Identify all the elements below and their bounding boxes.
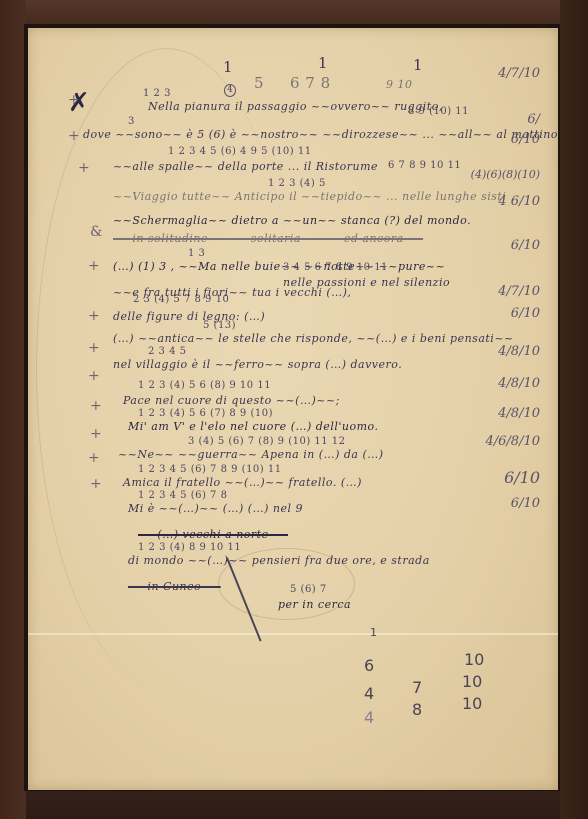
syllable-counts: 1 2 3 xyxy=(143,88,171,99)
metric-annotation: 4/6/8/10 xyxy=(450,434,540,449)
bottom-number-row1-a: 6 xyxy=(364,656,374,675)
syllable-counts: 1 2 3 (4) 5 6 (7) 8 9 (10) xyxy=(138,408,273,419)
manuscript-line: Nella pianura il passaggio ~~ovvero~~ ru… xyxy=(148,100,443,113)
metric-annotation: 4/8/10 xyxy=(450,376,540,391)
frame-left-rail xyxy=(0,0,26,819)
syllable-counts: 2 3 4 5 xyxy=(148,346,187,357)
metric-annotation: 4/7/10 xyxy=(450,66,540,81)
syllable-counts: 5 (13) xyxy=(203,320,236,331)
manuscript-line: Mi è ~~(…)~~ (…) (…) nel 9 xyxy=(128,502,303,515)
manuscript-line: Mi' am V' e l'elo nel cuore (…) dell'uom… xyxy=(128,420,378,433)
wooden-frame: 1 5 6 7 8 1 9 10 1 4 ✗ + + + & + + + + +… xyxy=(0,0,588,819)
syllable-counts: 1 2 3 (4) 8 9 10 11 xyxy=(138,542,241,553)
bottom-number-row1-c: 10 xyxy=(464,650,484,669)
metric-annotation: 6/10 xyxy=(450,132,540,147)
metric-annotation: 4/8/10 xyxy=(450,406,540,421)
metric-annotation: 6/10 xyxy=(450,468,540,487)
manuscript-line: ~~(…) vecchi a norte~~ xyxy=(138,528,288,541)
margin-plus-mark: + xyxy=(88,368,100,384)
syllable-counts: 3 xyxy=(128,116,135,127)
manuscript-line: Pace nel cuore di questo ~~(…)~~; xyxy=(123,394,340,407)
manuscript-line: ~~e fra tutti i fiori~~ tua i vecchi (…)… xyxy=(113,286,351,299)
syllable-counts: 1 2 3 4 5 (6) 4 9 5 (10) 11 xyxy=(168,146,312,157)
bottom-number-row3-b: 8 xyxy=(412,700,422,719)
margin-ampersand-mark: & xyxy=(90,224,102,240)
header-number: 1 xyxy=(318,54,328,72)
metric-annotation: 4/7/10 xyxy=(450,284,540,299)
bottom-number-row3-c: 10 xyxy=(462,694,482,713)
frame-bottom-rail xyxy=(0,791,588,819)
syllable-counts: 1 3 xyxy=(188,248,205,259)
header-number: 1 xyxy=(223,58,233,76)
frame-right-rail xyxy=(560,0,588,819)
bottom-single-mark: 1 xyxy=(370,626,377,639)
manuscript-paper: 1 5 6 7 8 1 9 10 1 4 ✗ + + + & + + + + +… xyxy=(28,28,558,790)
metric-annotation: 4/8/10 xyxy=(450,344,540,359)
manuscript-line: ~~Schermaglia~~ dietro a ~~un~~ stanca (… xyxy=(113,214,471,227)
manuscript-line: (…) (1) 3 , ~~Ma nelle buie~~ ~~notte~~ … xyxy=(113,260,445,273)
syllable-counts: 5 (6) 7 xyxy=(290,584,327,595)
manuscript-line: nel villaggio è il ~~ferro~~ sopra (…) d… xyxy=(113,358,402,371)
margin-plus-mark: + xyxy=(88,258,100,274)
syllable-counts: 3 (4) 5 (6) 7 (8) 9 (10) 11 12 xyxy=(188,436,346,447)
margin-plus-mark: + xyxy=(90,398,102,414)
bottom-number-row2-a: 4 xyxy=(364,684,374,703)
margin-plus-mark: + xyxy=(90,476,102,492)
manuscript-line: di mondo ~~(…)~~ pensieri fra due ore, e… xyxy=(128,554,430,567)
margin-plus-mark: + xyxy=(78,160,90,176)
header-number: 5 xyxy=(254,74,264,92)
bottom-number-row2-c: 10 xyxy=(462,672,482,691)
margin-plus-mark: + xyxy=(88,450,100,466)
syllable-counts: 1 2 3 (4) 5 6 (8) 9 10 11 xyxy=(138,380,271,391)
bottom-number-row3-a: 4 xyxy=(364,708,374,727)
bottom-number-row2-b: 7 xyxy=(412,678,422,697)
manuscript-line: Amica il fratello ~~(…)~~ fratello. (…) xyxy=(123,476,362,489)
metric-annotation: 6/ xyxy=(450,112,540,127)
metric-annotation: 6/10 xyxy=(450,496,540,511)
margin-plus-mark: + xyxy=(88,340,100,356)
metric-annotation: 6/10 xyxy=(450,238,540,253)
manuscript-line: ~~Ne~~ ~~guerra~~ Apena in (…) da (…) xyxy=(118,448,384,461)
manuscript-line: per in cerca xyxy=(278,598,351,611)
margin-plus-mark: + xyxy=(90,426,102,442)
margin-plus-mark: + xyxy=(68,92,80,108)
header-number: 9 10 xyxy=(386,78,413,91)
metric-annotation: 4 6/10 xyxy=(450,194,540,209)
header-number: 1 xyxy=(413,56,423,74)
manuscript-line: delle figure di legno: (…) xyxy=(113,310,265,323)
syllable-counts: 1 2 3 (4) 5 xyxy=(268,178,326,189)
header-number: 6 7 8 xyxy=(290,74,331,92)
margin-plus-mark: + xyxy=(68,128,80,144)
syllable-counts: 1 2 3 4 5 (6) 7 8 9 (10) 11 xyxy=(138,464,282,475)
manuscript-line: ~~alle spalle~~ della porte ... il Risto… xyxy=(113,160,378,173)
manuscript-line: ~~Viaggio tutte~~ Anticipo il ~~tiepido~… xyxy=(113,190,506,203)
frame-top-rail xyxy=(0,0,588,26)
metric-annotation: 6/10 xyxy=(450,306,540,321)
manuscript-line: ~~in solitudine~~ ~~solitaria~~ ~~ed anc… xyxy=(113,232,423,245)
manuscript-line: ~~in Cuneo~~ xyxy=(128,580,221,593)
syllable-counts: 3 4 5 6 7 8 9 10 11 xyxy=(283,262,388,273)
metric-annotation: (4)(6)(8)(10) xyxy=(450,168,540,181)
syllable-counts: 1 2 3 4 5 (6) 7 8 xyxy=(138,490,227,501)
header-circled-number: 4 xyxy=(224,84,236,97)
margin-plus-mark: + xyxy=(88,308,100,324)
